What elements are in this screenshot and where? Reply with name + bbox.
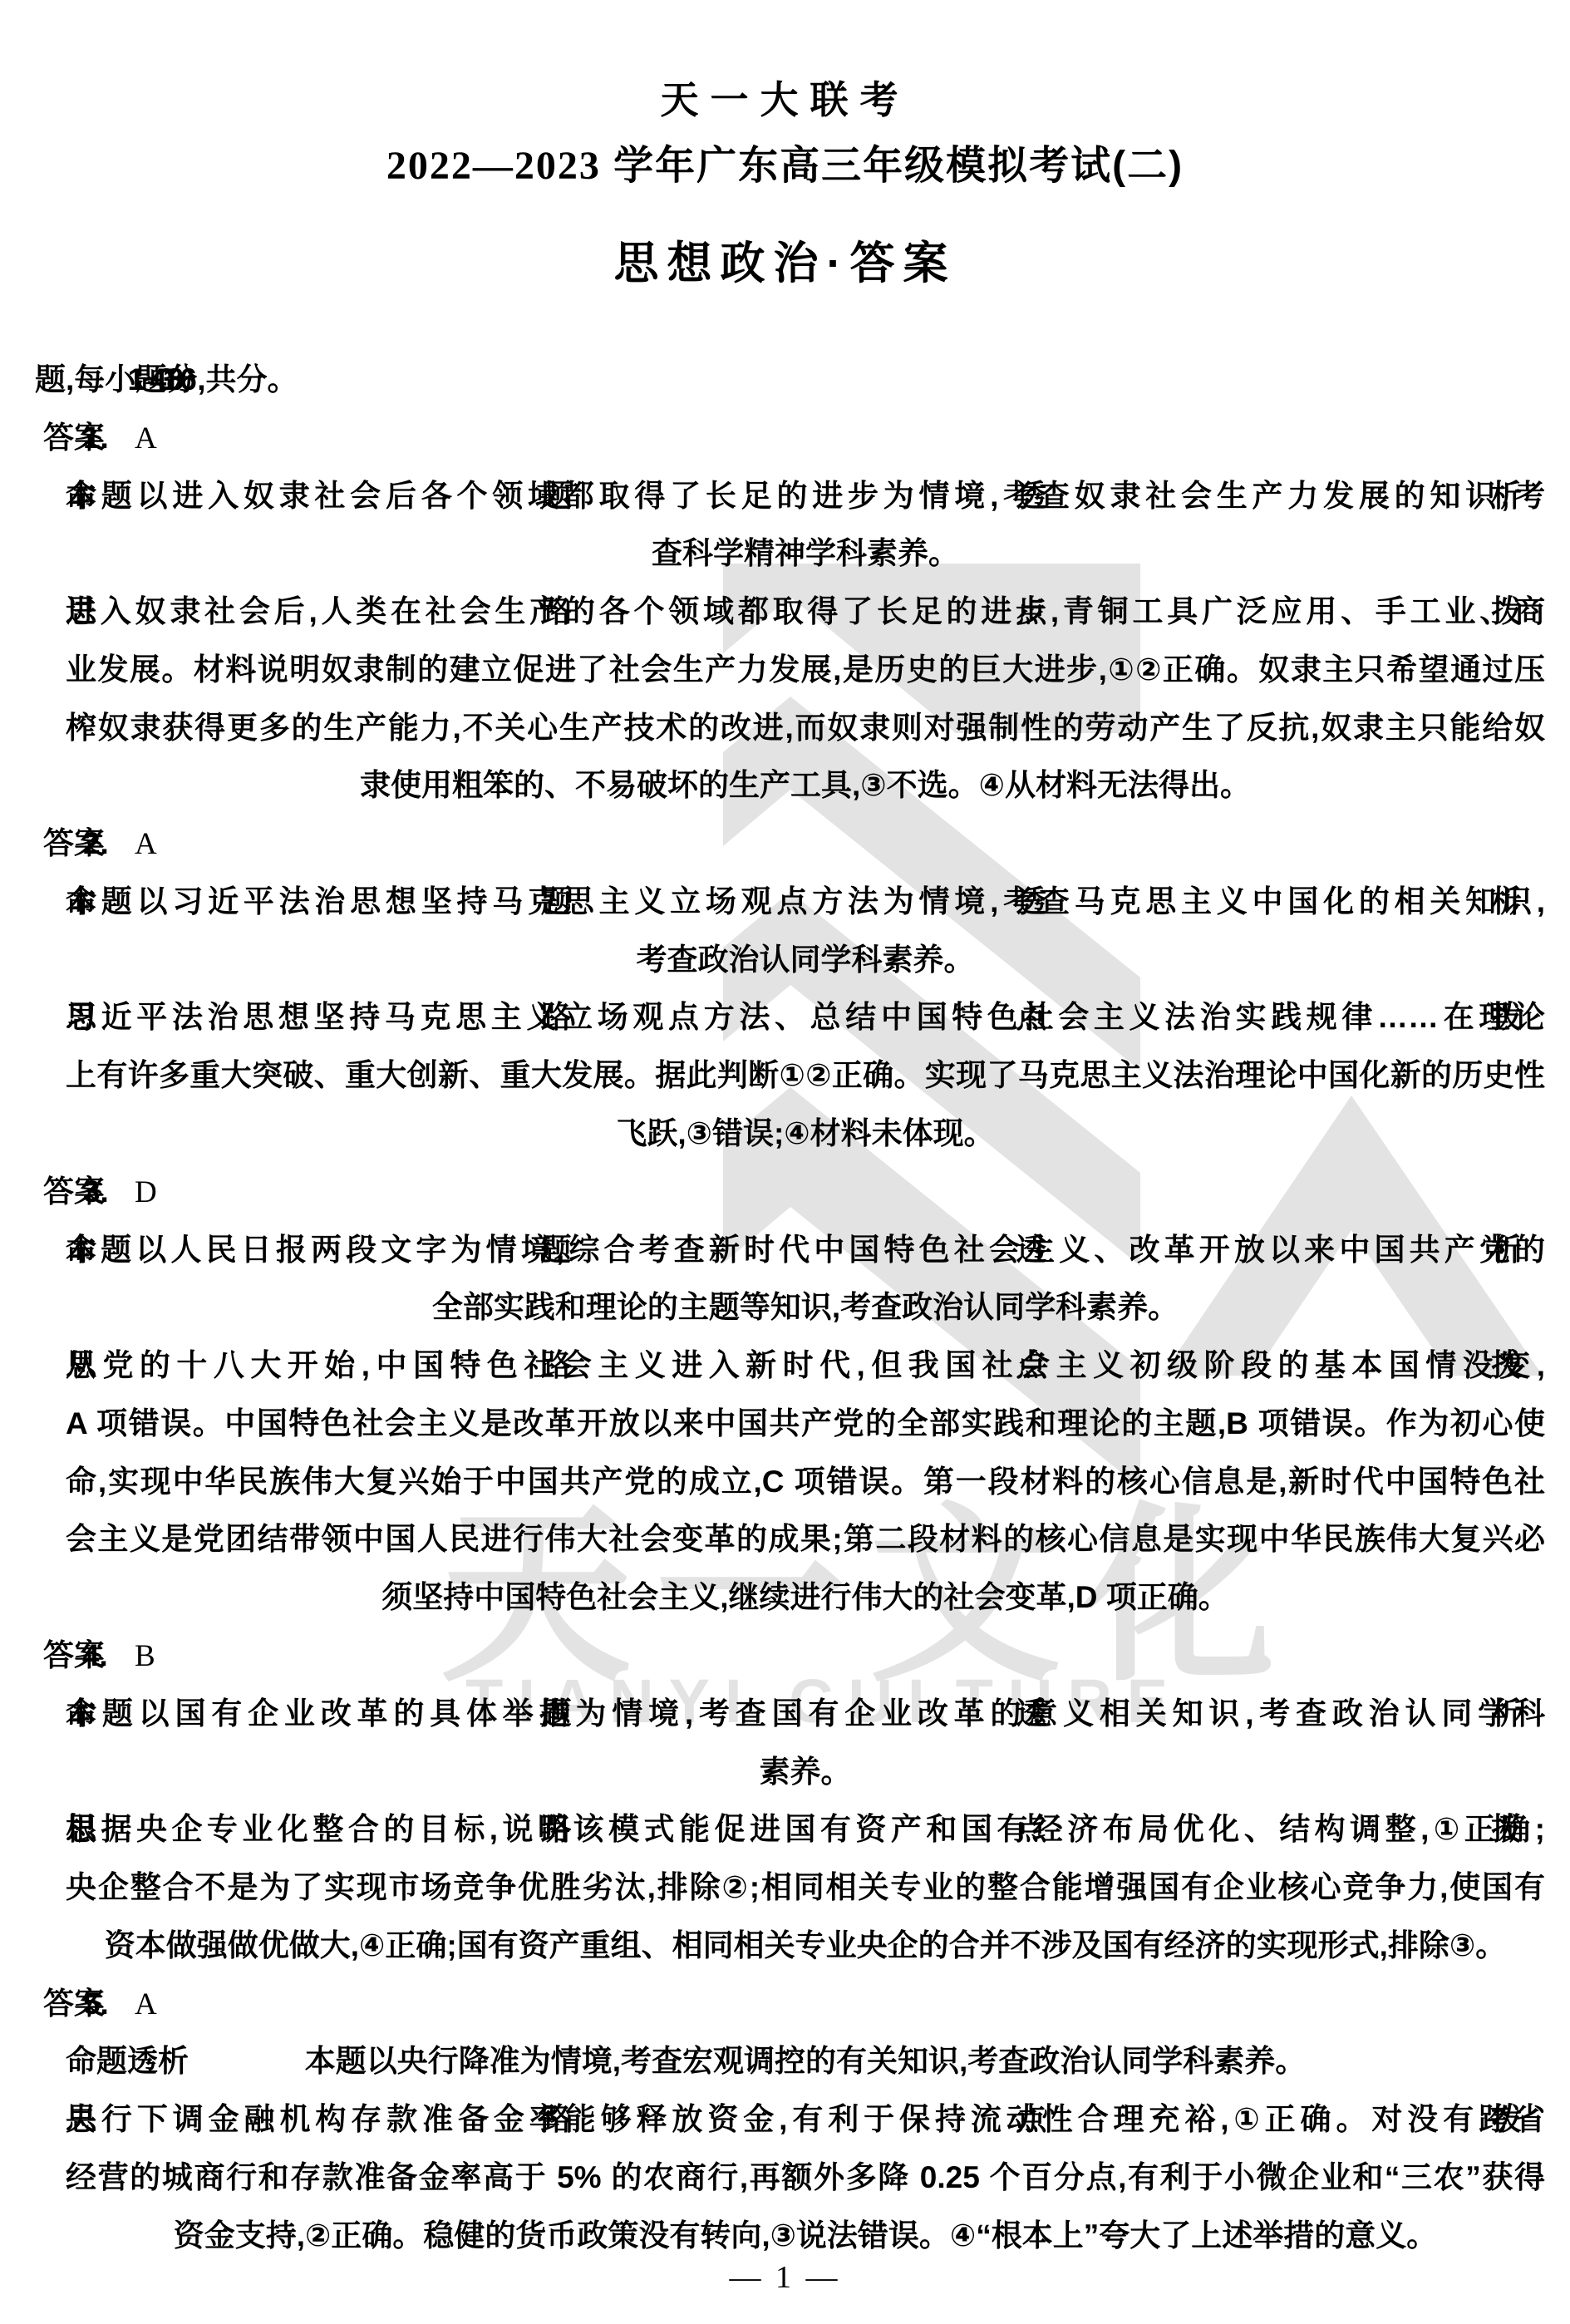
text-segment: 命,实现中华民族伟大复兴始于中国共产党的成立,C 项错误。第一段材料的核心信息是… <box>66 1453 1545 1511</box>
analysis-line: 思路点拨进入奴隶社会后,人类在社会生产的各个领域都取得了长足的进步,青铜工具广泛… <box>66 583 1545 641</box>
text-segment: 5. <box>35 1975 157 2033</box>
analysis-line: 思路点拨习近平法治思想坚持马克思主义立场观点方法、总结中国特色社会主义法治实践规… <box>66 988 1545 1046</box>
analysis-line: 命题透析本题以进入奴隶社会后各个领域都取得了长足的进步为情境,考查奴隶社会生产力… <box>66 467 1545 525</box>
text-segment: 飞跃,③错误;④材料未体现。 <box>66 1105 1545 1163</box>
analysis-line: 资金支持,②正确。稳健的货币政策没有转向,③说法错误。④“根本上”夸大了上述举措… <box>66 2207 1545 2265</box>
text-segment: 本题以央行降准为情境,考查宏观调控的有关知识,考查政治认同学科素养。 <box>66 2032 1545 2090</box>
analysis-line: 央企整合不是为了实现市场竞争优胜劣汰,排除②;相同相关专业的整合能增强国有企业核… <box>66 1859 1545 1917</box>
text-segment: 榨奴隶获得更多的生产能力,不关心生产技术的改进,而奴隶则对强制性的劳动产生了反抗… <box>66 699 1545 757</box>
text-segment: 48 <box>35 351 298 409</box>
analysis-line: 全部实践和理论的主题等知识,考查政治认同学科素养。 <box>66 1278 1545 1337</box>
analysis-line: 素养。 <box>66 1743 1545 1801</box>
analysis-line: 命题透析本题以人民日报两段文字为情境,综合考查新时代中国特色社会主义、改革开放以… <box>66 1221 1545 1279</box>
answer-item-line: 2.答案A <box>35 815 157 873</box>
text-segment: 本题以习近平法治思想坚持马克思主义立场观点方法为情境,考查马克思主义中国化的相关… <box>66 873 1545 931</box>
text-segment: 考查政治认同学科素养。 <box>66 931 1545 989</box>
analysis-line: A 项错误。中国特色社会主义是改革开放以来中国共产党的全部实践和理论的主题,B … <box>66 1395 1545 1453</box>
text-segment: 本题以国有企业改革的具体举措为情境,考查国有企业改革的意义相关知识,考查政治认同… <box>66 1685 1545 1743</box>
analysis-line: 榨奴隶获得更多的生产能力,不关心生产技术的改进,而奴隶则对强制性的劳动产生了反抗… <box>66 699 1545 757</box>
text-segment: 1. <box>35 409 157 467</box>
text-segment: 2. <box>35 815 157 873</box>
text-segment: 经营的城商行和存款准备金率高于 5% 的农商行,再额外多降 0.25 个百分点,… <box>66 2149 1545 2207</box>
analysis-line: 思路点拨从党的十八大开始,中国特色社会主义进入新时代,但我国社会主义初级阶段的基… <box>66 1337 1545 1395</box>
text-segment: 进入奴隶社会后,人类在社会生产的各个领域都取得了长足的进步,青铜工具广泛应用、手… <box>66 583 1545 641</box>
text-segment: 资金支持,②正确。稳健的货币政策没有转向,③说法错误。④“根本上”夸大了上述举措… <box>66 2207 1545 2265</box>
analysis-line: 上有许多重大突破、重大创新、重大发展。据此判断①②正确。实现了马克思主义法治理论… <box>66 1046 1545 1105</box>
analysis-line: 飞跃,③错误;④材料未体现。 <box>66 1105 1545 1163</box>
page-number: — 1 — <box>0 2259 1570 2296</box>
analysis-line: 命题透析本题以央行降准为情境,考查宏观调控的有关知识,考查政治认同学科素养。 <box>66 2032 1545 2090</box>
text-segment: 查科学精神学科素养。 <box>66 524 1545 583</box>
text-segment: 资本做强做优做大,④正确;国有资产重组、相同相关专业央企的合并不涉及国有经济的实… <box>66 1917 1545 1975</box>
analysis-line: 隶使用粗笨的、不易破坏的生产工具,③不选。④从材料无法得出。 <box>66 756 1545 815</box>
text-segment: 会主义是党团结带领中国人民进行伟大社会变革的成果;第二段材料的核心信息是实现中华… <box>66 1510 1545 1568</box>
answer-item-line: 4.答案B <box>35 1627 155 1685</box>
analysis-line: 命题透析本题以习近平法治思想坚持马克思主义立场观点方法为情境,考查马克思主义中国… <box>66 873 1545 931</box>
answer-lines-container: 1~16 题,每小题 3 分,共 48 分。1.答案A命题透析本题以进入奴隶社会… <box>0 0 1570 2324</box>
analysis-line: 命题透析本题以国有企业改革的具体举措为情境,考查国有企业改革的意义相关知识,考查… <box>66 1685 1545 1743</box>
text-segment: A 项错误。中国特色社会主义是改革开放以来中国共产党的全部实践和理论的主题,B … <box>66 1395 1545 1453</box>
text-segment: 须坚持中国特色社会主义,继续进行伟大的社会变革,D 项正确。 <box>66 1568 1545 1627</box>
text-segment: 全部实践和理论的主题等知识,考查政治认同学科素养。 <box>66 1278 1545 1337</box>
text-segment: 央行下调金融机构存款准备金率能够释放资金,有利于保持流动性合理充裕,①正确。对没… <box>66 2090 1545 2149</box>
answer-item-line: 5.答案A <box>35 1975 157 2033</box>
exam-answer-page: 天一文化 TIANYI CULTURE 天一大联考 2022—2023 学年广东… <box>0 0 1570 2324</box>
text-segment: 4. <box>35 1627 155 1685</box>
analysis-line: 经营的城商行和存款准备金率高于 5% 的农商行,再额外多降 0.25 个百分点,… <box>66 2149 1545 2207</box>
text-segment: 习近平法治思想坚持马克思主义立场观点方法、总结中国特色社会主义法治实践规律……在… <box>66 988 1545 1046</box>
analysis-line: 思路点拨央行下调金融机构存款准备金率能够释放资金,有利于保持流动性合理充裕,①正… <box>66 2090 1545 2149</box>
analysis-line: 考查政治认同学科素养。 <box>66 931 1545 989</box>
analysis-line: 思路点拨根据央企专业化整合的目标,说明该模式能促进国有资产和国有经济布局优化、结… <box>66 1800 1545 1859</box>
analysis-line: 查科学精神学科素养。 <box>66 524 1545 583</box>
text-segment: 业发展。材料说明奴隶制的建立促进了社会生产力发展,是历史的巨大进步,①②正确。奴… <box>66 641 1545 699</box>
text-segment: 从党的十八大开始,中国特色社会主义进入新时代,但我国社会主义初级阶段的基本国情没… <box>66 1337 1545 1395</box>
text-segment: 素养。 <box>66 1743 1545 1801</box>
text-segment: 央企整合不是为了实现市场竞争优胜劣汰,排除②;相同相关专业的整合能增强国有企业核… <box>66 1859 1545 1917</box>
answer-item-line: 1~16 题,每小题 3 分,共 48 分。 <box>35 351 298 409</box>
text-segment: 3. <box>35 1163 157 1221</box>
analysis-line: 资本做强做优做大,④正确;国有资产重组、相同相关专业央企的合并不涉及国有经济的实… <box>66 1917 1545 1975</box>
answer-item-line: 1.答案A <box>35 409 157 467</box>
analysis-line: 业发展。材料说明奴隶制的建立促进了社会生产力发展,是历史的巨大进步,①②正确。奴… <box>66 641 1545 699</box>
analysis-line: 会主义是党团结带领中国人民进行伟大社会变革的成果;第二段材料的核心信息是实现中华… <box>66 1510 1545 1568</box>
text-segment: 本题以人民日报两段文字为情境,综合考查新时代中国特色社会主义、改革开放以来中国共… <box>66 1221 1545 1279</box>
analysis-line: 命,实现中华民族伟大复兴始于中国共产党的成立,C 项错误。第一段材料的核心信息是… <box>66 1453 1545 1511</box>
text-segment: 根据央企专业化整合的目标,说明该模式能促进国有资产和国有经济布局优化、结构调整,… <box>66 1800 1545 1859</box>
text-segment: 隶使用粗笨的、不易破坏的生产工具,③不选。④从材料无法得出。 <box>66 756 1545 815</box>
answer-item-line: 3.答案D <box>35 1163 157 1221</box>
text-segment: 本题以进入奴隶社会后各个领域都取得了长足的进步为情境,考查奴隶社会生产力发展的知… <box>66 467 1545 525</box>
analysis-line: 须坚持中国特色社会主义,继续进行伟大的社会变革,D 项正确。 <box>66 1568 1545 1627</box>
text-segment: 上有许多重大突破、重大创新、重大发展。据此判断①②正确。实现了马克思主义法治理论… <box>66 1046 1545 1105</box>
